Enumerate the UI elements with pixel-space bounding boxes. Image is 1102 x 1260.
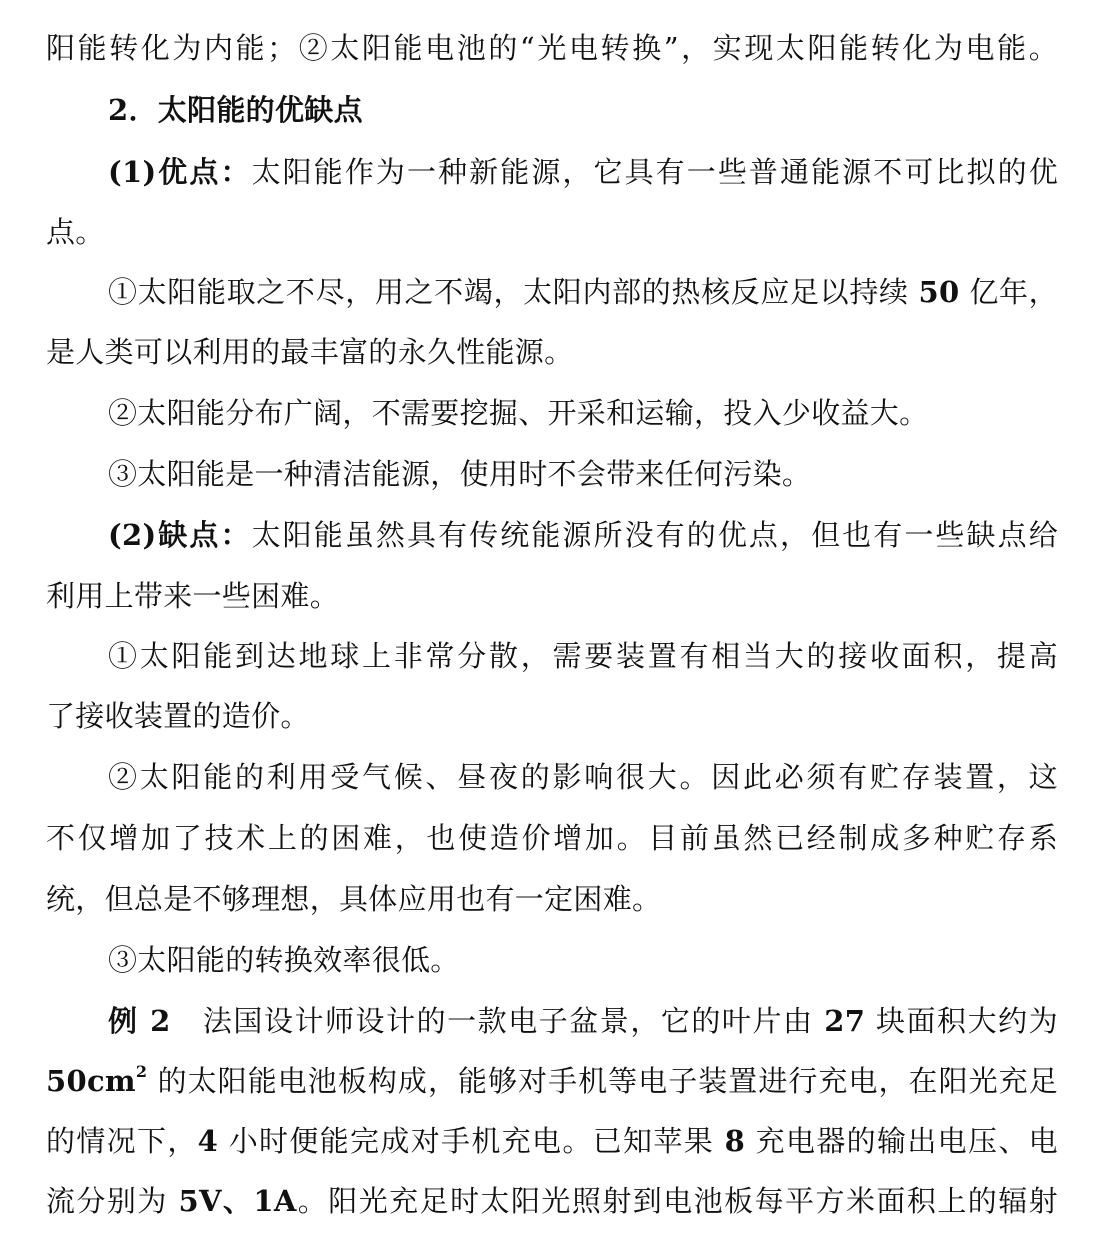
paragraph-text: ③太阳能的转换效率很低。 [108,943,460,977]
paragraph-text: 小时便能完成对手机充电。已知苹果 [229,1124,714,1158]
example-line: 流分别为 5V、1A。阳光充足时太阳光照射到电池板每平方米面积上的辐射 [46,1181,1058,1221]
example-label: 例 2 [108,1004,171,1038]
text-line: 是人类可以利用的最丰富的永久性能源。 [46,332,1058,372]
paragraph-text: 的太阳能电池板构成，能够对手机等电子装置进行充电，在阳光充足 [158,1064,1058,1098]
text-line: ③太阳能的转换效率很低。 [46,940,1058,980]
number-value: 5V、1A [178,1184,296,1218]
disadvantages-label: (2)缺点： [108,518,252,552]
advantages-label: (1)优点： [108,155,252,189]
paragraph-text: 亿年， [969,275,1058,309]
paragraph-text: 是人类可以利用的最丰富的永久性能源。 [46,335,573,369]
paragraph-text: 的情况下， [46,1124,198,1158]
text-line: 利用上带来一些困难。 [46,576,1058,616]
text-line: (1)优点：太阳能作为一种新能源，它具有一些普通能源不可比拟的优 [46,152,1058,192]
paragraph-text: 太阳能虽然具有传统能源所没有的优点，但也有一些缺点给 [252,518,1058,552]
text-line: 统，但总是不够理想，具体应用也有一定困难。 [46,879,1058,919]
paragraph-text: 了接收装置的造价。 [46,699,310,733]
paragraph-text: 流分别为 [46,1184,168,1218]
paragraph-text: 不仅增加了技术上的困难，也使造价增加。目前虽然已经制成多种贮存系 [46,821,1058,855]
paragraph-text: ②太阳能分布广阔，不需要挖掘、开采和运输，投入少收益大。 [108,396,928,430]
example-line: 例 2 法国设计师设计的一款电子盆景，它的叶片由 27 块面积大约为 [46,1001,1058,1041]
example-line: 的情况下，4 小时便能完成对手机充电。已知苹果 8 充电器的输出电压、电 [46,1121,1058,1161]
text-line: 了接收装置的造价。 [46,696,1058,736]
paragraph-text: 统，但总是不够理想，具体应用也有一定困难。 [46,882,661,916]
number-value: 27 [824,1004,865,1038]
text-line: 点。 [46,212,1058,252]
paragraph-text: ①太阳能取之不尽，用之不竭，太阳内部的热核反应足以持续 [108,275,909,309]
paragraph-text: 。阳光充足时太阳光照射到电池板每平方米面积上的辐射 [297,1184,1058,1218]
number-value: 8 [725,1124,745,1158]
text-line: (2)缺点：太阳能虽然具有传统能源所没有的优点，但也有一些缺点给 [46,515,1058,555]
text-line: ③太阳能是一种清洁能源，使用时不会带来任何污染。 [46,454,1058,494]
paragraph-text: 利用上带来一些困难。 [46,579,339,613]
paragraph-text: ②太阳能的利用受气候、昼夜的影响很大。因此必须有贮存装置，这 [108,760,1058,794]
paragraph-text: 充电器的输出电压、电 [756,1124,1058,1158]
paragraph-text: 阳能转化为内能；②太阳能电池的“光电转换”，实现太阳能转化为电能。 [46,31,1058,65]
number-value: 50 [919,275,960,309]
text-line: 不仅增加了技术上的困难，也使造价增加。目前虽然已经制成多种贮存系 [46,818,1058,858]
section-heading: 2．太阳能的优缺点 [46,90,1058,130]
text-line: ②太阳能分布广阔，不需要挖掘、开采和运输，投入少收益大。 [46,393,1058,433]
paragraph-text: ③太阳能是一种清洁能源，使用时不会带来任何污染。 [108,457,811,491]
paragraph-text: 太阳能作为一种新能源，它具有一些普通能源不可比拟的优 [252,155,1058,189]
paragraph-text: 点。 [46,215,105,249]
text-line: 阳能转化为内能；②太阳能电池的“光电转换”，实现太阳能转化为电能。 [46,28,1058,68]
paragraph-text: ①太阳能到达地球上非常分散，需要装置有相当大的接收面积，提高 [108,639,1058,673]
number-value: 50cm [46,1064,136,1098]
paragraph-text: 法国设计师设计的一款电子盆景，它的叶片由 [203,1004,814,1038]
paragraph-text: 块面积大约为 [876,1004,1058,1038]
text-line: ②太阳能的利用受气候、昼夜的影响很大。因此必须有贮存装置，这 [46,757,1058,797]
superscript: 2 [136,1062,147,1081]
text-line: ①太阳能到达地球上非常分散，需要装置有相当大的接收面积，提高 [46,636,1058,676]
text-line: ①太阳能取之不尽，用之不竭，太阳内部的热核反应足以持续 50 亿年， [46,272,1058,312]
number-value: 4 [198,1124,218,1158]
example-line: 50cm2 的太阳能电池板构成，能够对手机等电子装置进行充电，在阳光充足 [46,1061,1058,1101]
heading-text: 2．太阳能的优缺点 [108,93,363,127]
